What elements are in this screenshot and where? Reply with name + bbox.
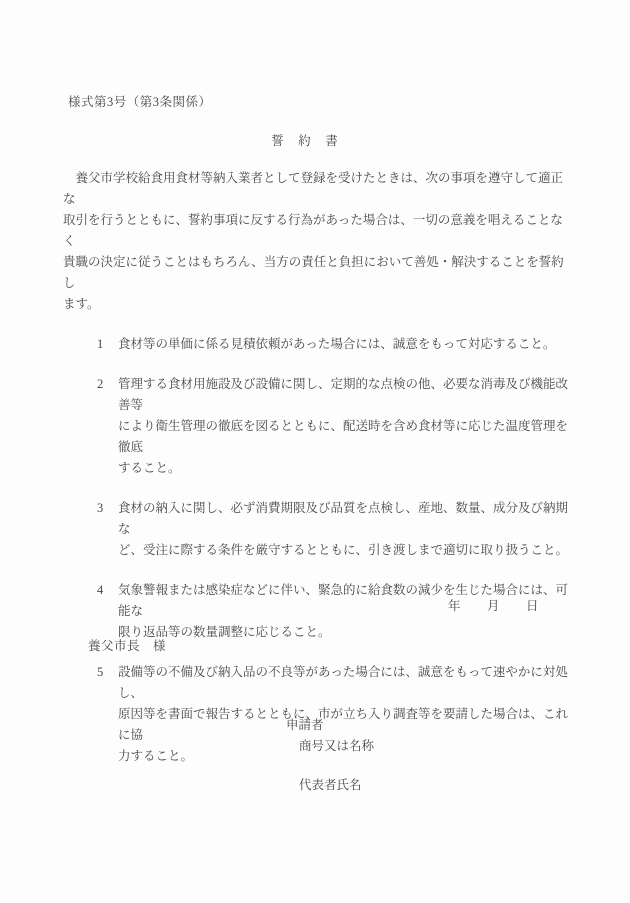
applicant-label: 申請者 [286,715,324,736]
item-text: 食材等の単価に係る見積依頼があった場合には、誠意をもって対応すること。 [118,334,569,355]
recipient-line: 養父市長 様 [88,636,166,657]
pledge-document-page: 様式第3号（第3条関係） 誓 約 書 養父市学校給食用食材等納入業者として登録を… [0,0,630,903]
item-number: 3 [97,498,118,561]
item-number: 2 [97,374,118,479]
item-text: 管理する食材用施設及び設備に関し、定期的な点検の他、必要な消毒及び機能改善等 に… [118,374,569,479]
representative-name-label: 代表者氏名 [299,775,362,796]
pledge-item-2: 2 管理する食材用施設及び設備に関し、定期的な点検の他、必要な消毒及び機能改善等… [63,374,569,479]
item-number: 4 [97,580,118,643]
document-body: 養父市学校給食用食材等納入業者として登録を受けたときは、次の事項を遵守して適正な… [63,168,569,767]
date-line: 年 月 日 [448,596,539,617]
item-text: 食材の納入に関し、必ず消費期限及び品質を点検し、産地、数量、成分及び納期な ど、… [118,498,569,561]
form-number: 様式第3号（第3条関係） [68,92,212,113]
pledge-item-list: 1 食材等の単価に係る見積依頼があった場合には、誠意をもって対応すること。 2 … [63,334,569,767]
item-number: 1 [97,334,118,355]
company-name-label: 商号又は名称 [299,736,374,757]
pledge-item-1: 1 食材等の単価に係る見積依頼があった場合には、誠意をもって対応すること。 [63,334,569,355]
item-number: 5 [97,662,118,767]
preamble-paragraph: 養父市学校給食用食材等納入業者として登録を受けたときは、次の事項を遵守して適正な… [63,168,569,315]
document-title: 誓 約 書 [0,131,610,152]
pledge-item-3: 3 食材の納入に関し、必ず消費期限及び品質を点検し、産地、数量、成分及び納期な … [63,498,569,561]
